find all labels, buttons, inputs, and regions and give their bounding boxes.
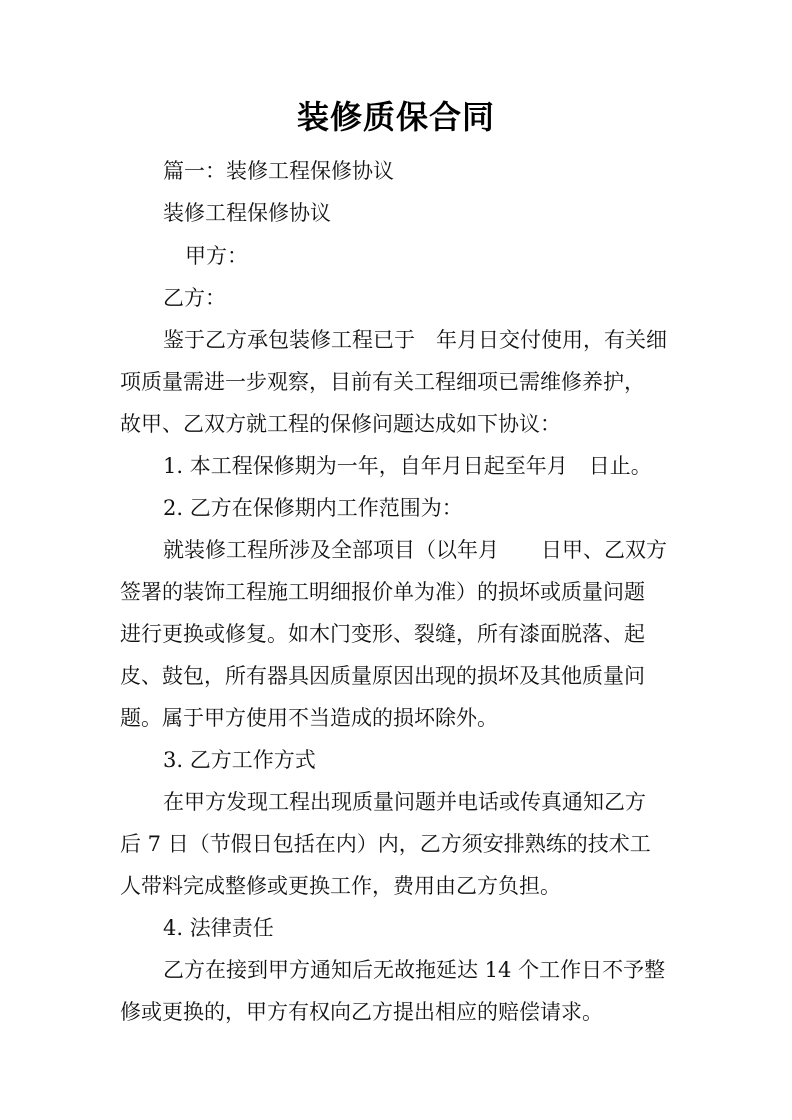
agreement-title: 装修工程保修协议 xyxy=(163,198,331,228)
clause-3-heading: 3. 乙方工作方式 xyxy=(163,745,316,775)
preamble-line: 故甲、乙双方就工程的保修问题达成如下协议： xyxy=(120,409,561,439)
clause-3-body-line: 在甲方发现工程出现质量问题并电话或传真通知乙方 xyxy=(163,787,646,817)
party-b-label: 乙方： xyxy=(163,283,226,313)
preamble-line: 鉴于乙方承包装修工程已于 年月日交付使用，有关细 xyxy=(163,325,667,355)
clause-2-body-line: 皮、鼓包，所有器具因质量原因出现的损坏及其他质量问 xyxy=(120,661,645,691)
party-a-label: 甲方： xyxy=(185,241,248,271)
clause-2-body-line: 签署的装饰工程施工明细报价单为准）的损坏或质量问题 xyxy=(120,577,645,607)
section-heading: 篇一：装修工程保修协议 xyxy=(163,156,394,186)
clause-3-body-line: 后 7 日（节假日包括在内）内，乙方须安排熟练的技术工 xyxy=(120,829,651,859)
clause-2-body-line: 题。属于甲方使用不当造成的损坏除外。 xyxy=(120,703,498,733)
clause-4-heading: 4. 法律责任 xyxy=(163,913,274,943)
clause-2-heading: 2. 乙方在保修期内工作范围为： xyxy=(163,493,463,523)
clause-4-body-line: 修或更换的，甲方有权向乙方提出相应的赔偿请求。 xyxy=(120,997,603,1027)
clause-2-body-line: 就装修工程所涉及全部项目（以年月 日甲、乙双方 xyxy=(163,535,667,565)
clause-3-body-line: 人带料完成整修或更换工作，费用由乙方负担。 xyxy=(120,871,561,901)
clause-1: 1. 本工程保修期为一年，自年月日起至年月 日止。 xyxy=(163,451,652,481)
document-page: 装修质保合同 篇一：装修工程保修协议 装修工程保修协议 甲方： 乙方： 鉴于乙方… xyxy=(0,0,792,1120)
clause-2-body-line: 进行更换或修复。如木门变形、裂缝，所有漆面脱落、起 xyxy=(120,619,645,649)
clause-4-body-line: 乙方在接到甲方通知后无故拖延达 14 个工作日不予整 xyxy=(163,955,665,985)
preamble-line: 项质量需进一步观察，目前有关工程细项已需维修养护， xyxy=(120,367,645,397)
document-title: 装修质保合同 xyxy=(0,94,792,140)
